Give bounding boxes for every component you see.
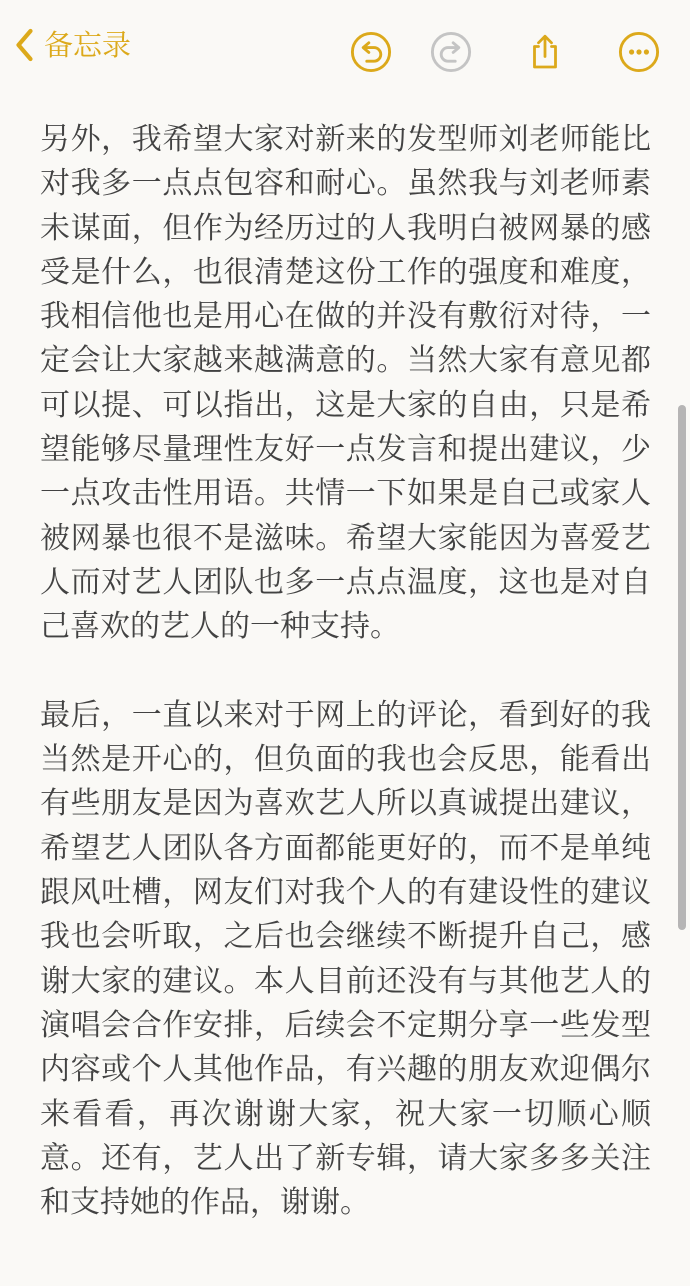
share-button[interactable]: [523, 30, 567, 74]
back-button[interactable]: 备忘录: [14, 28, 131, 62]
redo-icon: [429, 30, 473, 74]
undo-icon: [349, 30, 393, 74]
more-ellipsis-icon: [617, 30, 661, 74]
more-button[interactable]: [617, 30, 661, 74]
notes-app-screen: 备忘录: [0, 0, 690, 1286]
note-paragraph-2: 最后，一直以来对于网上的评论，看到好的我当然是开心的，但负面的我也会反思，能看出…: [40, 694, 651, 1226]
share-icon: [523, 30, 567, 74]
redo-button[interactable]: [429, 30, 473, 74]
note-paragraph-1: 另外，我希望大家对新来的发型师刘老师能比对我多一点点包容和耐心。虽然我与刘老师素…: [40, 118, 651, 650]
undo-button[interactable]: [349, 30, 393, 74]
back-chevron-icon: [14, 28, 34, 62]
back-label: 备忘录: [44, 30, 131, 61]
scrollbar[interactable]: [678, 405, 686, 930]
note-content[interactable]: 另外，我希望大家对新来的发型师刘老师能比对我多一点点包容和耐心。虽然我与刘老师素…: [0, 102, 690, 1225]
navigation-bar: 备忘录: [0, 0, 690, 102]
